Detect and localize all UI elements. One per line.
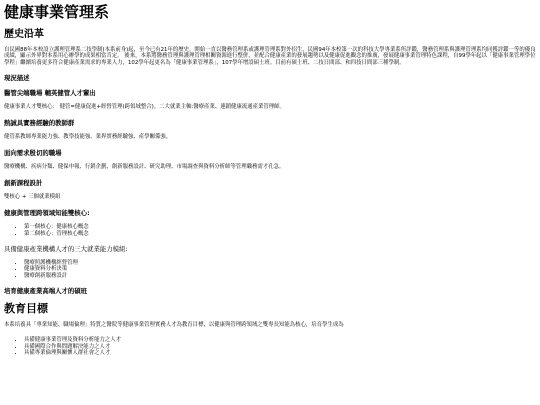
list-item: 醫療創新服務設計 — [24, 273, 536, 279]
list-item: 第二個核心：管理核心概念 — [24, 231, 536, 237]
core-heading: 健康與管理跨領域知能雙核心: — [4, 209, 536, 217]
goals-heading: 教育目標 — [4, 302, 536, 316]
section-text-faculty: 健管系教師專業能力強、教學技能強、業界實務經驗強、產學關係強。 — [4, 134, 536, 141]
modules-heading: 具備健康產業機構人才的三大就業能力模組: — [4, 245, 536, 253]
page-title: 健康事業管理系 — [4, 3, 536, 22]
core-list: 第一個核心：健康核心概念 第二個核心：管理核心概念 — [4, 224, 536, 237]
history-text: 自民國88年本校設立護理管理系二技學制(本系前身)起，至今已有21年的歷史。開始… — [4, 47, 536, 66]
history-heading: 歷史沿革 — [4, 28, 536, 41]
section-text-jobs: 醫療機構、疾病分類、健保申報、行銷企劃、創新服務設計、研究助理、市場調查與資料分… — [4, 164, 536, 171]
modules-list: 醫療照護機構經營管理 健康資料分析決策 醫療創新服務設計 — [4, 260, 536, 279]
master-heading: 培育健康產業高端人才的碩班 — [4, 287, 536, 295]
section-text-curriculum: 雙核心 + 三個就業模組 — [4, 194, 536, 201]
status-heading: 現況描述 — [4, 74, 536, 82]
section-heading-faculty: 熱誠具實務經驗的教師群 — [4, 119, 536, 127]
section-heading-curriculum: 創新課程設計 — [4, 179, 536, 187]
goals-list: 具備健康事業管理及資料分析能力之人才 具備國際合作與問題解決能力之人才 具備專業… — [4, 337, 536, 356]
section-heading-jobs: 面向需求殷切的職場 — [4, 149, 536, 157]
section-heading-career: 醫管尖端職場 輔英健管人才輩出 — [4, 89, 536, 97]
list-item: 具備專業倫理與關懷人群社會之人才 — [24, 350, 536, 356]
goals-text: 本系培養具「專業知能、職場倫理」特質之醫院等健康事業管理實務人才為教育目標，以健… — [4, 322, 536, 329]
section-text-career: 健康事業人才雙核心： 健管=健康促進+經營管理(跨領域整合)。二大就業主軸:醫療… — [4, 104, 536, 111]
